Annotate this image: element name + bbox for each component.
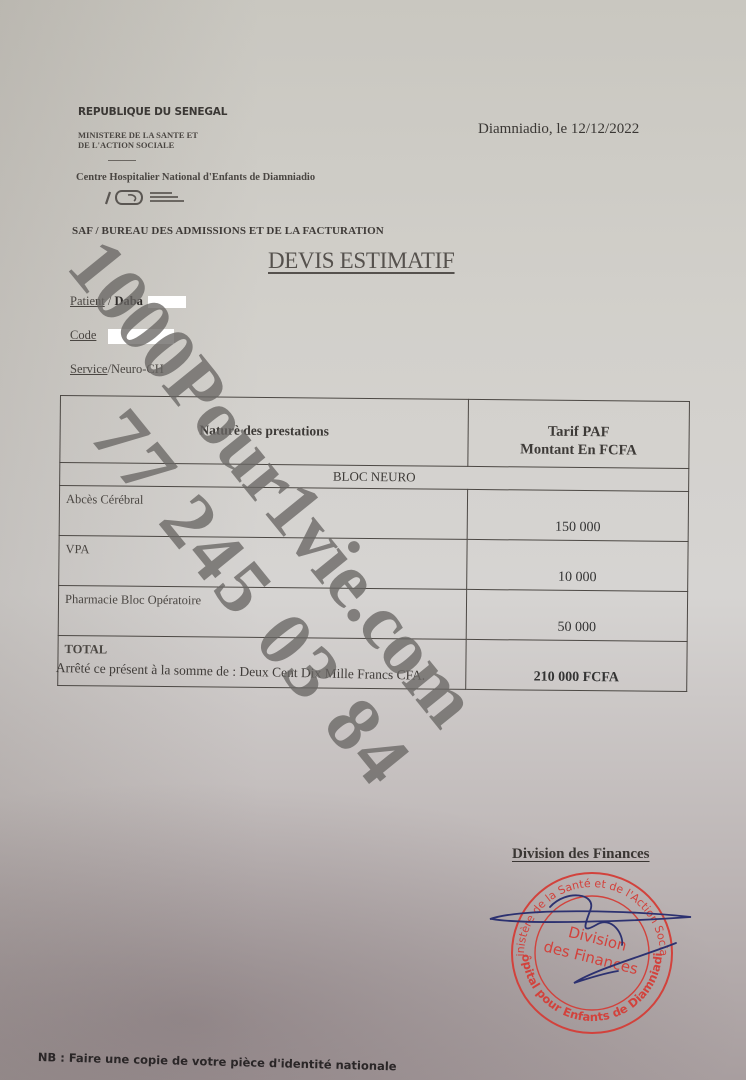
patient-field: Patient / Daba xyxy=(70,294,186,309)
row-amount: 150 000 xyxy=(467,489,688,541)
official-stamp: Ministère de la Santé et de l'Action Soc… xyxy=(486,855,696,1040)
service-value: /Neuro-CH xyxy=(107,362,163,376)
document-date: Diamniadio, le 12/12/2022 xyxy=(478,121,639,138)
row-label: Pharmacie Bloc Opératoire xyxy=(58,585,466,639)
table-header-row: Naturè des prestations Tarif PAF Montant… xyxy=(60,396,690,469)
total-amount: 210 000 FCFA xyxy=(466,639,687,691)
redaction-box xyxy=(108,329,174,344)
patient-value: Daba xyxy=(114,294,142,308)
ministry-line-1: MINISTERE DE LA SANTE ET xyxy=(78,130,198,140)
tarif-header-line-2: Montant En FCFA xyxy=(474,440,682,460)
row-label: VPA xyxy=(59,535,467,589)
department-heading: SAF / BUREAU DES ADMISSIONS ET DE LA FAC… xyxy=(72,225,384,237)
ministry-heading: MINISTERE DE LA SANTE ET DE L'ACTION SOC… xyxy=(78,130,198,150)
row-amount: 50 000 xyxy=(466,589,687,641)
document-title: DEVIS ESTIMATIF xyxy=(268,248,455,274)
row-amount: 10 000 xyxy=(467,539,688,591)
hospital-logo-icon xyxy=(100,186,220,208)
row-label: Abcès Cérébral xyxy=(59,486,467,540)
code-field: Code xyxy=(70,328,174,344)
republic-heading: REPUBLIQUE DU SENEGAL xyxy=(78,106,227,118)
column-header-nature: Naturè des prestations xyxy=(60,396,469,467)
table-row: Pharmacie Bloc Opératoire 50 000 xyxy=(58,585,687,641)
hospital-name: Centre Hospitalier National d'Enfants de… xyxy=(76,172,315,183)
code-label: Code xyxy=(70,328,96,342)
table-row: VPA 10 000 xyxy=(59,535,688,591)
tarif-header-line-1: Tarif PAF xyxy=(475,422,683,442)
footer-note: NB : Faire une copie de votre pièce d'id… xyxy=(38,1050,397,1073)
redaction-box xyxy=(148,296,186,308)
quote-table: Naturè des prestations Tarif PAF Montant… xyxy=(57,395,690,692)
table-row: Abcès Cérébral 150 000 xyxy=(59,486,688,542)
column-header-tarif: Tarif PAF Montant En FCFA xyxy=(468,399,690,468)
patient-label: Patient xyxy=(70,294,105,308)
service-label: Service xyxy=(70,362,107,376)
service-field: Service/Neuro-CH xyxy=(70,362,164,377)
quote-document: REPUBLIQUE DU SENEGAL MINISTERE DE LA SA… xyxy=(0,0,746,1080)
header-divider xyxy=(108,160,136,161)
ministry-line-2: DE L'ACTION SOCIALE xyxy=(78,140,198,150)
